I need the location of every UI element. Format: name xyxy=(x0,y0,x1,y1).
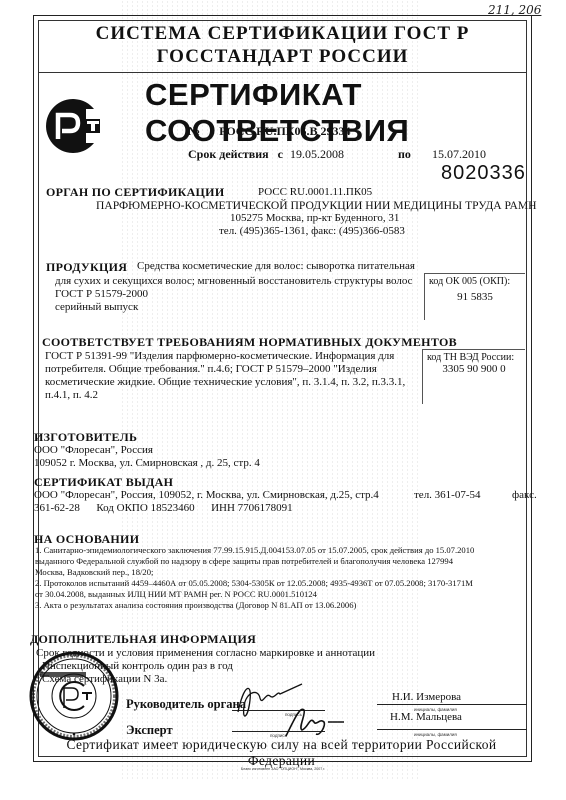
tnved-code-label: код ТН ВЭД России: xyxy=(423,350,525,363)
conformity-line-1: ГОСТ Р 51391-99 "Изделия парфюмерно-косм… xyxy=(45,350,394,363)
validity-to-label: по xyxy=(398,147,411,162)
certification-body-heading: ОРГАН ПО СЕРТИФИКАЦИИ xyxy=(46,185,224,200)
expert-label: Эксперт xyxy=(126,724,173,737)
issued-to-fax-label: факс. xyxy=(512,489,537,502)
form-serial-number: 8020336 xyxy=(441,162,526,185)
rst-mark-icon xyxy=(42,95,104,157)
conformity-line-4: п.4.1, п. 4.2 xyxy=(45,389,98,402)
product-line-3: ГОСТ Р 51579-2000 xyxy=(55,288,148,301)
basis-line-4: 2. Протоколов испытаний 4459–4460А от 05… xyxy=(35,578,473,589)
legal-validity-statement: Сертификат имеет юридическую силу на все… xyxy=(38,737,525,769)
tnved-code-box: код ТН ВЭД России: 3305 90 900 0 xyxy=(422,349,525,404)
issued-to-line-1: ООО "Флоресан", Россия, 109052, г. Москв… xyxy=(34,489,379,502)
header-divider xyxy=(38,72,527,73)
valid-to-date: 15.07.2010 xyxy=(432,147,486,162)
validity-label: Срок действия xyxy=(188,147,269,161)
expert-signature xyxy=(280,700,360,740)
okp-code-value: 91 5835 xyxy=(425,287,525,303)
manufacturer-heading: ИЗГОТОВИТЕЛЬ xyxy=(34,430,137,445)
expert-name: Н.М. Мальцева xyxy=(390,711,462,724)
expert-name-line xyxy=(377,729,527,730)
basis-line-5: от 30.04.2008, выданных ИЛЦ НИИ МТ РАМН … xyxy=(35,589,317,600)
manufacturer-line-2: 109052 г. Москва, ул. Смирновская , д. 2… xyxy=(34,457,260,470)
number-value: РОСС RU.ПК05.В 29334 xyxy=(219,124,350,138)
system-header-line2: ГОССТАНДАРТ РОССИИ xyxy=(38,45,527,68)
certification-body-registration: РОСС RU.0001.11.ПК05 xyxy=(258,186,372,199)
system-header: СИСТЕМА СЕРТИФИКАЦИИ ГОСТ Р ГОССТАНДАРТ … xyxy=(38,22,527,68)
conformity-line-3: косметические жидкие. Общие технические … xyxy=(45,376,405,389)
basis-line-2: выданного Федеральной службой по надзору… xyxy=(35,556,453,567)
validity-period: Срок действия с 19.05.2008 xyxy=(188,147,344,162)
system-header-line1: СИСТЕМА СЕРТИФИКАЦИИ ГОСТ Р xyxy=(38,22,527,45)
valid-from-date: 19.05.2008 xyxy=(290,147,344,161)
basis-line-3: Москва, Вадковский пер., 18/20; xyxy=(35,567,153,578)
okp-code-box: код ОК 005 (ОКП): 91 5835 xyxy=(424,273,525,320)
okp-code-label: код ОК 005 (ОКП): xyxy=(425,274,525,287)
basis-line-6: 3. Акта о результатах анализа состояния … xyxy=(35,600,356,611)
validity-from-label: с xyxy=(278,147,283,161)
tnved-code-value: 3305 90 900 0 xyxy=(423,363,525,375)
basis-line-1: 1. Санитарно-эпидемиологического заключе… xyxy=(35,545,474,556)
manufacturer-line-1: ООО "Флоресан", Россия xyxy=(34,444,153,457)
conformity-line-2: потребителя. Общие требования." п.4.6; Г… xyxy=(45,363,377,376)
certification-body-name: ПАРФЮМЕРНО-КОСМЕТИЧЕСКОЙ ПРОДУКЦИИ НИИ М… xyxy=(96,199,537,212)
print-note: Бланк изготовлен ЗАО "ОПЦИОН", Москва, 2… xyxy=(0,767,566,771)
issued-to-heading: СЕРТИФИКАТ ВЫДАН xyxy=(34,475,173,490)
product-line-1: Средства косметические для волос: сыворо… xyxy=(137,260,415,273)
additional-info-heading: ДОПОЛНИТЕЛЬНАЯ ИНФОРМАЦИЯ xyxy=(30,632,256,647)
product-line-4: серийный выпуск xyxy=(55,301,138,314)
product-heading: ПРОДУКЦИЯ xyxy=(46,260,127,275)
head-of-body-label: Руководитель органа xyxy=(126,698,246,711)
product-line-2: для сухих и секущихся волос; мгновенный … xyxy=(55,275,413,288)
issued-to-line-2: 361-62-28 Код ОКПО 18523460 ИНН 77061780… xyxy=(34,502,293,515)
number-label: № xyxy=(188,124,200,138)
official-seal-icon xyxy=(28,650,120,742)
head-of-body-name: Н.И. Измерова xyxy=(392,691,461,704)
issued-to-phone: тел. 361-07-54 xyxy=(414,489,481,502)
certificate-number: № РОСС RU.ПК05.В 29334 xyxy=(188,124,351,139)
certification-body-address: 105275 Москва, пр-кт Буденного, 31 xyxy=(230,212,399,225)
certification-body-contacts: тел. (495)365-1361, факс: (495)366-0583 xyxy=(219,225,405,238)
conformity-heading: СООТВЕТСТВУЕТ ТРЕБОВАНИЯМ НОРМАТИВНЫХ ДО… xyxy=(42,335,457,350)
head-name-line xyxy=(377,704,527,705)
